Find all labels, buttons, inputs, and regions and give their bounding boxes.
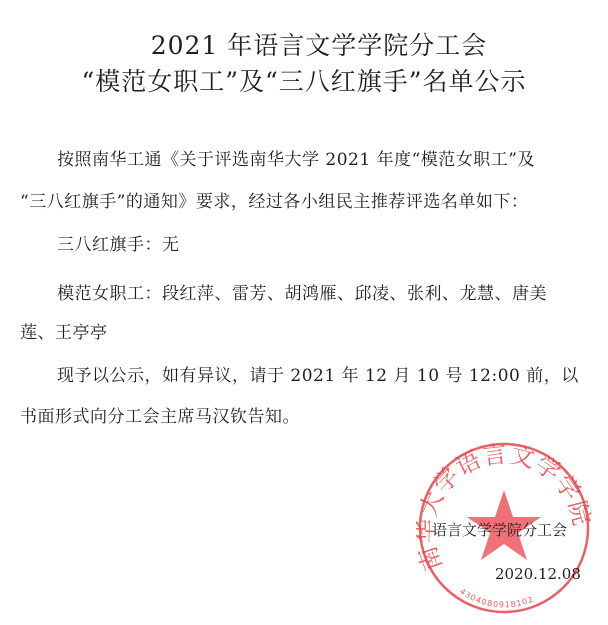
signature-date: 2020.12.08 xyxy=(495,565,581,583)
title-line-1: 2021 年语言文学学院分工会 xyxy=(0,28,608,64)
svg-text:4304080918102: 4304080918102 xyxy=(458,587,535,610)
paragraph-red-flag: 三八红旗手：无 xyxy=(57,235,608,255)
paragraph-intro-line-1: 按照南华工通《关于评选南华大学 2021 年度“模范女职工”及 xyxy=(57,150,608,170)
paragraph-model-workers-line-1: 模范女职工：段红萍、雷芳、胡鸿雁、邱凌、张利、龙慧、唐美 xyxy=(57,284,608,304)
paragraph-notice-line-1: 现予以公示，如有异议，请于 2021 年 12 月 10 号 12:00 前，以 xyxy=(57,366,608,386)
document-title: 2021 年语言文学学院分工会 “模范女职工”及“三八红旗手”名单公示 xyxy=(0,28,608,100)
paragraph-model-workers-line-2: 莲、王亭亭 xyxy=(20,323,580,343)
paragraph-intro-line-2: “三八红旗手”的通知》要求，经过各小组民主推荐评选名单如下： xyxy=(20,192,580,212)
paragraph-notice-line-2: 书面形式向分工会主席马汉钦告知。 xyxy=(20,407,580,427)
signature-organization: 语言文学学院分工会 xyxy=(432,519,567,540)
title-line-2: “模范女职工”及“三八红旗手”名单公示 xyxy=(0,64,608,100)
